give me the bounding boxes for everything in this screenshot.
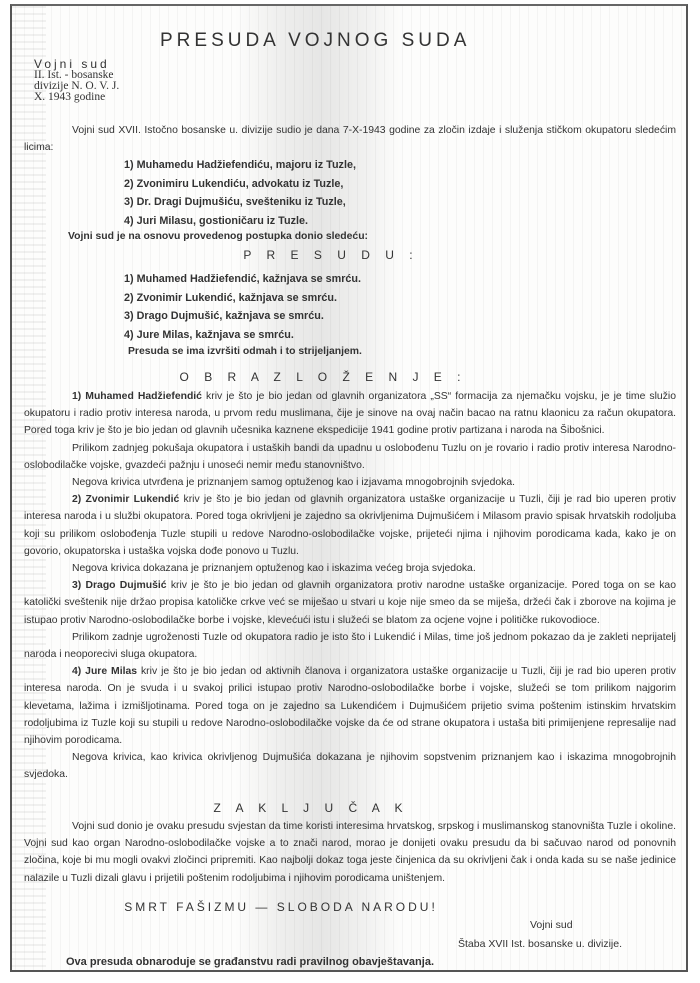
reasoning-paragraph: Negova krivica utvrđena je priznanjem sa… (24, 474, 676, 491)
signature-line: Štaba XVII Ist. bosanske u. divizije. (458, 938, 622, 950)
court-header-line: X. 1943 godine (34, 92, 119, 103)
verdict-item: 1) Muhamed Hadžiefendić, kažnjava se smr… (124, 270, 361, 289)
intro-paragraph: Vojni sud XVII. Istočno bosanske u. divi… (24, 122, 676, 156)
verdict-item: 4) Jure Milas, kažnjava se smrću. (124, 326, 361, 345)
document-page: PRESUDA VOJNOG SUDA Vojni sud II. Ist. -… (10, 4, 688, 972)
conclusion-paragraph: Vojni sud donio je ovaku presudu svjesta… (24, 818, 676, 887)
reasoning-paragraph: 2) Zvonimir Lukendić kriv je što je bio … (24, 491, 676, 560)
reasoning-paragraph: Negova krivica, kao krivica okrivljenog … (24, 749, 676, 783)
verdict-item: 3) Drago Dujmušić, kažnjava se smrću. (124, 307, 361, 326)
reasoning-paragraph: 1) Muhamed Hadžiefendić kriv je što je b… (24, 388, 676, 440)
accused-item: 2) Zvonimiru Lukendiću, advokatu iz Tuzl… (124, 175, 356, 194)
reasoning-heading: O B R A Z L O Ž E N J E : (10, 370, 662, 384)
conclusion-heading: Z A K L J U Č A K (10, 801, 650, 815)
accused-list: 1) Muhamedu Hadžiefendiću, majoru iz Tuz… (124, 156, 356, 230)
accused-item: 3) Dr. Dragi Dujmušiću, svešteniku iz Tu… (124, 193, 356, 212)
signature-line: Vojni sud (530, 919, 573, 931)
footer-note: Ova presuda obnaroduje se građanstvu rad… (66, 954, 434, 971)
reasoning-paragraph: Prilikom zadnjeg pokušaja okupatora i us… (24, 440, 676, 474)
reasoning-paragraph: 3) Drago Dujmušić kriv je što je bio jed… (24, 577, 676, 629)
reasoning-paragraph: Negova krivica dokazana je priznanjem op… (24, 560, 676, 577)
verdict-heading: P R E S U D U : (10, 248, 670, 262)
document-title: PRESUDA VOJNOG SUDA (160, 30, 470, 52)
accused-item: 1) Muhamedu Hadžiefendiću, majoru iz Tuz… (124, 156, 356, 175)
procedure-line: Vojni sud je na osnovu provedenog postup… (68, 228, 368, 245)
reasoning-paragraph: Prilikom zadnje ugroženosti Tuzle od oku… (24, 629, 676, 663)
verdict-item: 2) Zvonimir Lukendić, kažnjava se smrću. (124, 289, 361, 308)
execution-line: Presuda se ima izvršiti odmah i to strij… (128, 343, 362, 360)
reasoning-section: 1) Muhamed Hadžiefendić kriv je što je b… (24, 388, 676, 784)
court-header: Vojni sud II. Ist. - bosanske divizije N… (34, 59, 119, 103)
reasoning-paragraph: 4) Jure Milas kriv je što je bio jedan o… (24, 663, 676, 749)
verdict-list: 1) Muhamed Hadžiefendić, kažnjava se smr… (124, 270, 361, 344)
slogan: SMRT FAŠIZMU — SLOBODA NARODU! (10, 900, 620, 914)
